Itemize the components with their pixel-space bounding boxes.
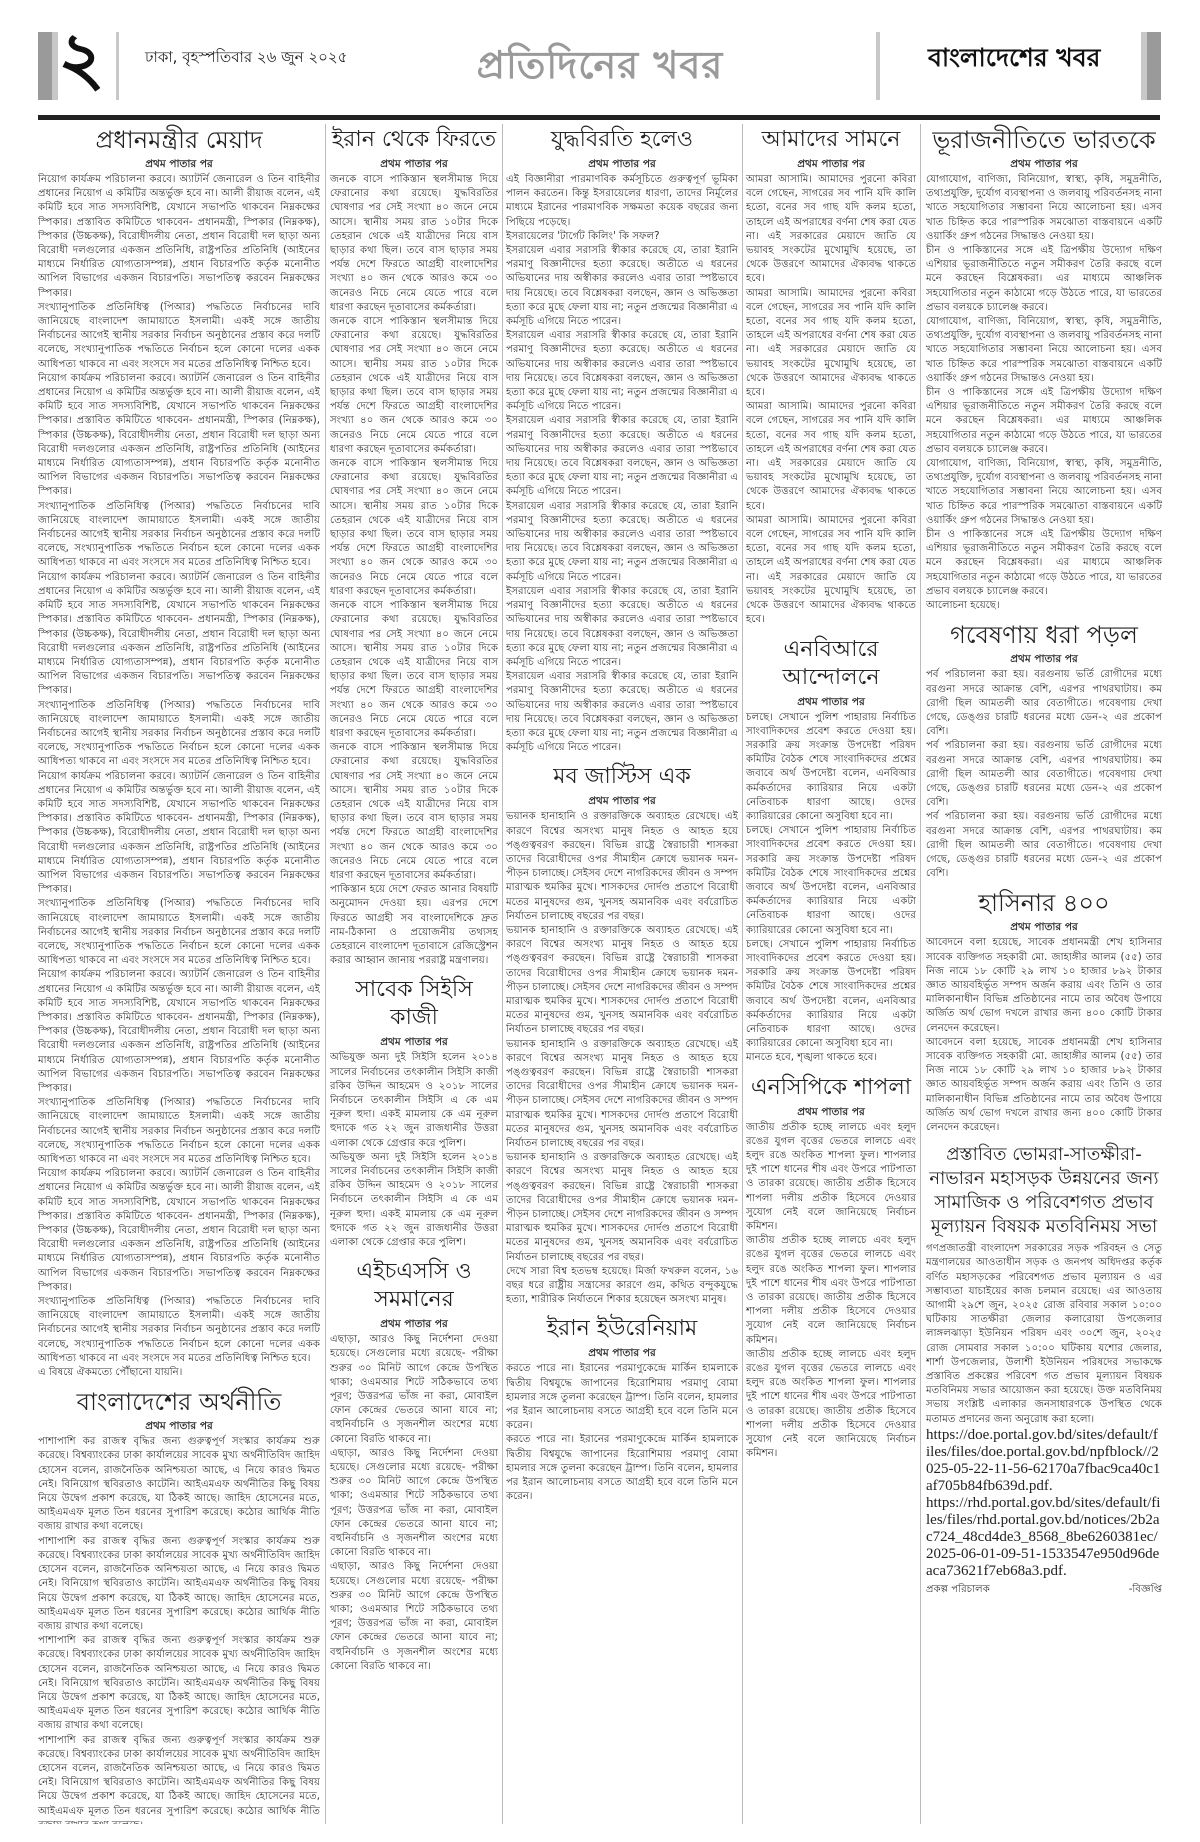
article-body: অভিযুক্ত অন্য দুই সিইসি হলেন ২০১৪ সালের … [330, 1051, 498, 1250]
masthead: ২ ঢাকা, বৃহস্পতিবার ২৬ জুন ২০২৫ প্রতিদিন… [0, 0, 1200, 100]
signoff-project-director: প্রকল্প পরিচালক [926, 1582, 990, 1599]
article-pm-tenure: প্রধানমন্ত্রীর মেয়াদ প্রথম পাতার পর নিয… [38, 126, 320, 1380]
headline: ইরান থেকে ফিরতে [330, 126, 498, 154]
article-hasina-400: হাসিনার ৪০০ প্রথম পাতার পর আবেদনে বলা হয… [926, 889, 1162, 1135]
paragraph: ইসরায়েল এবার সরাসরি স্বীকার করেছে যে, ত… [506, 329, 738, 414]
headline: সাবেক সিইসি কাজী [330, 976, 498, 1032]
notice-body: গণপ্রজাতন্ত্রী বাংলাদেশ সরকারের সড়ক পরি… [926, 1242, 1162, 1427]
paragraph: ইসরায়েল এবার সরাসরি স্বীকার করেছে যে, ত… [506, 585, 738, 670]
continued-label: প্রথম পাতার পর [746, 695, 916, 709]
paragraph: করতে পারে না। ইরানের পরমাণুকেন্দ্রে মার্… [506, 1433, 738, 1504]
paragraph: জাতীয় প্রতীক হচ্ছে লালচে এবং হলুদ রঙের … [746, 1348, 916, 1462]
continued-label: প্রথম পাতার পর [746, 1105, 916, 1119]
continued-label: প্রথম পাতার পর [506, 794, 738, 808]
paragraph: চীন ও পাকিস্তানের সঙ্গে এই ত্রিপক্ষীয় উ… [926, 528, 1162, 599]
paragraph: চীন ও পাকিস্তানের সঙ্গে এই ত্রিপক্ষীয় উ… [926, 244, 1162, 315]
article-research-caught: গবেষণায় ধরা পড়ল প্রথম পাতার পর পর্ব পর… [926, 621, 1162, 881]
paragraph: জাতীয় প্রতীক হচ্ছে লালচে এবং হলুদ রঙের … [746, 1234, 916, 1348]
continued-label: প্রথম পাতার পর [926, 920, 1162, 934]
header-rule [38, 115, 1160, 120]
continued-label: প্রথম পাতার পর [38, 157, 320, 171]
paragraph: সংখ্যানুপাতিক প্রতিনিধিত্ব (পিআর) পদ্ধতি… [38, 301, 320, 372]
column-1: প্রধানমন্ত্রীর মেয়াদ প্রথম পাতার পর নিয… [38, 124, 320, 1824]
paragraph: এছাড়া, আরও কিছু নির্দেশনা দেওয়া হয়েছে… [330, 1333, 498, 1447]
article-mob-justice: মব জাস্টিস এক প্রথম পাতার পর ভয়ানক হানা… [506, 763, 738, 1307]
article-body: জাতীয় প্রতীক হচ্ছে লালচে এবং হলুদ রঙের … [746, 1121, 916, 1462]
newspaper-logo: প্রতিদিনের খবর [450, 36, 750, 100]
paragraph: জনকে বাসে পাকিস্তান স্থলসীমান্ত দিয়ে ফে… [330, 741, 498, 883]
headline: মব জাস্টিস এক [506, 763, 738, 791]
right-accent-bar-light [1141, 32, 1147, 100]
paragraph: অভিযুক্ত অন্য দুই সিইসি হলেন ২০১৪ সালের … [330, 1051, 498, 1150]
article-hsc-exams: এইচএসসি ও সমমানের প্রথম পাতার পর এছাড়া,… [330, 1258, 498, 1674]
column-divider [502, 124, 503, 1824]
section-divider [876, 32, 880, 100]
headline: প্রধানমন্ত্রীর মেয়াদ [38, 126, 320, 154]
column-4: আমাদের সামনে প্রথম পাতার পর আমরা আসামি। … [746, 124, 916, 1824]
notice-link[interactable]: https://doe.portal.gov.bd/sites/default/… [926, 1427, 1162, 1495]
article-nbr-movement: এনবিআরে আন্দোলনে প্রথম পাতার পর চলছে। সে… [746, 636, 916, 1066]
paragraph: আমরা আসামি। আমাদের পুরনো কবিরা বলে গেছেন… [746, 173, 916, 287]
headline: এনসিপিকে শাপলা [746, 1074, 916, 1102]
paragraph: নিয়োগ কার্যক্রম পরিচালনা করবে। অ্যাটর্ন… [38, 968, 320, 1096]
paragraph: জনকে বাসে পাকিস্তান স্থলসীমান্ত দিয়ে ফে… [330, 315, 498, 457]
article-body: চলছে। সেখানে পুলিশ পাহারায় নির্বাচিত সা… [746, 711, 916, 1066]
paragraph: এছাড়া, আরও কিছু নির্দেশনা দেওয়া হয়েছে… [330, 1560, 498, 1674]
paragraph: চলছে। সেখানে পুলিশ পাহারায় নির্বাচিত সা… [746, 824, 916, 938]
article-body: আমরা আসামি। আমাদের পুরনো কবিরা বলে গেছেন… [746, 173, 916, 628]
page-number: ২ [58, 20, 105, 96]
paragraph: এ বিষয়ে ঐকমত্যে পৌঁছানো যায়নি। [38, 1366, 320, 1380]
paragraph: জনকে বাসে পাকিস্তান স্থলসীমান্ত দিয়ে ফে… [330, 457, 498, 599]
paragraph: ইসরায়েলের 'টার্গেট কিলিং' কি সফল? [506, 230, 738, 244]
paragraph: ভয়ানক হানাহানি ও রক্তারক্তিকে অব্যাহত র… [506, 810, 738, 924]
article-body: পর্ব পরিচালনা করা হয়। বরগুনায় ভর্তি রো… [926, 668, 1162, 881]
continued-label: প্রথম পাতার পর [746, 157, 916, 171]
paragraph: চলছে। সেখানে পুলিশ পাহারায় নির্বাচিত সা… [746, 711, 916, 825]
paragraph: এই বিজ্ঞানীরা পারমাণবিক কর্মসূচিতে গুরুত… [506, 173, 738, 230]
article-bangladesh-economy: বাংলাদেশের অর্থনীতি প্রথম পাতার পর পাশাপ… [38, 1388, 320, 1824]
headline: প্রস্তাবিত ভোমরা-সাতক্ষীরা-নাভারন মহাসড়… [926, 1143, 1162, 1239]
dateline: ঢাকা, বৃহস্পতিবার ২৬ জুন ২০২৫ [145, 46, 347, 71]
paragraph: নিয়োগ কার্যক্রম পরিচালনা করবে। অ্যাটর্ন… [38, 1167, 320, 1295]
paragraph: আমরা আসামি। আমাদের পুরনো কবিরা বলে গেছেন… [746, 287, 916, 401]
paragraph: পর্ব পরিচালনা করা হয়। বরগুনায় ভর্তি রো… [926, 810, 1162, 881]
section-title: বাংলাদেশের খবর [928, 38, 1100, 81]
signoff-notice: -বিজ্ঞপ্তি [1129, 1582, 1162, 1599]
paragraph: ইসরায়েল এবার সরাসরি স্বীকার করেছে যে, ত… [506, 414, 738, 499]
continued-label: প্রথম পাতার পর [330, 1035, 498, 1049]
paragraph: পাশাপাশি কর রাজস্ব বৃদ্ধির জন্য গুরুত্বপ… [38, 1634, 320, 1733]
column-5: ভূরাজনীতিতে ভারতকে প্রথম পাতার পর যোগাযো… [926, 124, 1162, 1824]
article-ceasefire: যুদ্ধবিরতি হলেও প্রথম পাতার পর এই বিজ্ঞা… [506, 126, 738, 755]
paragraph: এছাড়া, আরও কিছু নির্দেশনা দেওয়া হয়েছে… [330, 1447, 498, 1561]
right-accent-bar [1147, 32, 1161, 100]
headline: গবেষণায় ধরা পড়ল [926, 621, 1162, 649]
paragraph: পাকিস্তান হয়ে দেশে ফেরত আনার বিষয়টি অন… [330, 883, 498, 968]
continued-label: প্রথম পাতার পর [330, 1317, 498, 1331]
article-ncp-shapla: এনসিপিকে শাপলা প্রথম পাতার পর জাতীয় প্র… [746, 1074, 916, 1462]
article-body: জনকে বাসে পাকিস্তান স্থলসীমান্ত দিয়ে ফে… [330, 173, 498, 968]
article-body: যোগাযোগ, বাণিজ্য, বিনিয়োগ, স্বাস্থ্য, ক… [926, 173, 1162, 613]
paragraph: দেখে সারা বিশ্ব হতভম্ব হয়েছে। মির্জা ফখ… [506, 1265, 738, 1308]
paragraph: ইসরায়েল এবার সরাসরি স্বীকার করেছে যে, ত… [506, 244, 738, 329]
article-body: ভয়ানক হানাহানি ও রক্তারক্তিকে অব্যাহত র… [506, 810, 738, 1307]
paragraph: মানতে হবে, শৃঙ্খলা থাকতে হবে। [746, 1051, 916, 1065]
paragraph: আমরা আসামি। আমাদের পুরনো কবিরা বলে গেছেন… [746, 514, 916, 628]
paragraph: জনকে বাসে পাকিস্তান স্থলসীমান্ত দিয়ে ফে… [330, 173, 498, 315]
paragraph: চলছে। সেখানে পুলিশ পাহারায় নির্বাচিত সা… [746, 938, 916, 1052]
notice-signoff: প্রকল্প পরিচালক -বিজ্ঞপ্তি [926, 1582, 1162, 1599]
paragraph: সংখ্যানুপাতিক প্রতিনিধিত্ব (পিআর) পদ্ধতি… [38, 699, 320, 770]
paragraph: ইসরায়েল এবার সরাসরি স্বীকার করেছে যে, ত… [506, 670, 738, 755]
article-body: এছাড়া, আরও কিছু নির্দেশনা দেওয়া হয়েছে… [330, 1333, 498, 1674]
paragraph: নিয়োগ কার্যক্রম পরিচালনা করবে। অ্যাটর্ন… [38, 173, 320, 301]
paragraph: জনকে বাসে পাকিস্তান স্থলসীমান্ত দিয়ে ফে… [330, 599, 498, 741]
paragraph: ভয়ানক হানাহানি ও রক্তারক্তিকে অব্যাহত র… [506, 1038, 738, 1152]
paragraph: সংখ্যানুপাতিক প্রতিনিধিত্ব (পিআর) পদ্ধতি… [38, 1096, 320, 1167]
paragraph: নিয়োগ কার্যক্রম পরিচালনা করবে। অ্যাটর্ন… [38, 770, 320, 898]
paragraph: ভয়ানক হানাহানি ও রক্তারক্তিকে অব্যাহত র… [506, 1151, 738, 1265]
paragraph: যোগাযোগ, বাণিজ্য, বিনিয়োগ, স্বাস্থ্য, ক… [926, 457, 1162, 528]
paragraph: আলোচনা হয়েছে। [926, 599, 1162, 613]
paragraph: সংখ্যানুপাতিক প্রতিনিধিত্ব (পিআর) পদ্ধতি… [38, 897, 320, 968]
paragraph: পর্ব পরিচালনা করা হয়। বরগুনায় ভর্তি রো… [926, 739, 1162, 810]
paragraph: নিয়োগ কার্যক্রম পরিচালনা করবে। অ্যাটর্ন… [38, 571, 320, 699]
article-former-cec-kazi: সাবেক সিইসি কাজী প্রথম পাতার পর অভিযুক্ত… [330, 976, 498, 1250]
notice-link[interactable]: https://rhd.portal.gov.bd/sites/default/… [926, 1495, 1162, 1580]
article-body: নিয়োগ কার্যক্রম পরিচালনা করবে। অ্যাটর্ন… [38, 173, 320, 1380]
headline: এনবিআরে আন্দোলনে [746, 636, 916, 692]
paragraph: আমরা আসামি। আমাদের পুরনো কবিরা বলে গেছেন… [746, 400, 916, 514]
article-return-from-iran: ইরান থেকে ফিরতে প্রথম পাতার পর জনকে বাসে… [330, 126, 498, 968]
column-divider [742, 124, 743, 1824]
continued-label: প্রথম পাতার পর [926, 157, 1162, 171]
headline: এইচএসসি ও সমমানের [330, 1258, 498, 1314]
column-3: যুদ্ধবিরতি হলেও প্রথম পাতার পর এই বিজ্ঞা… [506, 124, 738, 1824]
continued-label: প্রথম পাতার পর [330, 157, 498, 171]
masthead-divider [116, 32, 119, 100]
paragraph: নিয়োগ কার্যক্রম পরিচালনা করবে। অ্যাটর্ন… [38, 372, 320, 500]
continued-label: প্রথম পাতার পর [38, 1419, 320, 1433]
article-body: পাশাপাশি কর রাজস্ব বৃদ্ধির জন্য গুরুত্বপ… [38, 1435, 320, 1824]
paragraph: পাশাপাশি কর রাজস্ব বৃদ্ধির জন্য গুরুত্বপ… [38, 1435, 320, 1534]
article-geopolitics-india: ভূরাজনীতিতে ভারতকে প্রথম পাতার পর যোগাযো… [926, 126, 1162, 613]
paragraph: জাতীয় প্রতীক হচ্ছে লালচে এবং হলুদ রঙের … [746, 1121, 916, 1235]
headline: হাসিনার ৪০০ [926, 889, 1162, 917]
notice-public-consultation: প্রস্তাবিত ভোমরা-সাতক্ষীরা-নাভারন মহাসড়… [926, 1143, 1162, 1599]
headline: আমাদের সামনে [746, 126, 916, 154]
continued-label: প্রথম পাতার পর [926, 652, 1162, 666]
continued-label: প্রথম পাতার পর [506, 157, 738, 171]
column-divider [920, 124, 921, 1824]
paragraph: পাশাপাশি কর রাজস্ব বৃদ্ধির জন্য গুরুত্বপ… [38, 1734, 320, 1824]
headline: যুদ্ধবিরতি হলেও [506, 126, 738, 154]
column-2: ইরান থেকে ফিরতে প্রথম পাতার পর জনকে বাসে… [330, 124, 498, 1824]
paragraph: ভয়ানক হানাহানি ও রক্তারক্তিকে অব্যাহত র… [506, 924, 738, 1038]
paragraph: আবেদনে বলা হয়েছে, সাবেক প্রধানমন্ত্রী শ… [926, 1036, 1162, 1135]
paragraph: অভিযুক্ত অন্য দুই সিইসি হলেন ২০১৪ সালের … [330, 1151, 498, 1250]
article-body: এই বিজ্ঞানীরা পারমাণবিক কর্মসূচিতে গুরুত… [506, 173, 738, 755]
article-body: করতে পারে না। ইরানের পরমাণুকেন্দ্রে মার্… [506, 1362, 738, 1504]
paragraph: আবেদনে বলা হয়েছে, সাবেক প্রধানমন্ত্রী শ… [926, 936, 1162, 1035]
paragraph: ইসরায়েল এবার সরাসরি স্বীকার করেছে যে, ত… [506, 500, 738, 585]
paragraph: পাশাপাশি কর রাজস্ব বৃদ্ধির জন্য গুরুত্বপ… [38, 1535, 320, 1634]
headline: ভূরাজনীতিতে ভারতকে [926, 126, 1162, 154]
paragraph: যোগাযোগ, বাণিজ্য, বিনিয়োগ, স্বাস্থ্য, ক… [926, 173, 1162, 244]
paragraph: পর্ব পরিচালনা করা হয়। বরগুনায় ভর্তি রো… [926, 668, 1162, 739]
paragraph: সংখ্যানুপাতিক প্রতিনিধিত্ব (পিআর) পদ্ধতি… [38, 500, 320, 571]
paragraph: চীন ও পাকিস্তানের সঙ্গে এই ত্রিপক্ষীয় উ… [926, 386, 1162, 457]
paragraph: সংখ্যানুপাতিক প্রতিনিধিত্ব (পিআর) পদ্ধতি… [38, 1295, 320, 1366]
paragraph: যোগাযোগ, বাণিজ্য, বিনিয়োগ, স্বাস্থ্য, ক… [926, 315, 1162, 386]
article-body: আবেদনে বলা হয়েছে, সাবেক প্রধানমন্ত্রী শ… [926, 936, 1162, 1135]
paragraph: গণপ্রজাতন্ত্রী বাংলাদেশ সরকারের সড়ক পরি… [926, 1242, 1162, 1427]
paragraph: করতে পারে না। ইরানের পরমাণুকেন্দ্রে মার্… [506, 1362, 738, 1433]
article-iran-uranium: ইরান ইউরেনিয়াম প্রথম পাতার পর করতে পারে… [506, 1315, 738, 1504]
article-before-us: আমাদের সামনে প্রথম পাতার পর আমরা আসামি। … [746, 126, 916, 628]
left-accent-bar [38, 32, 52, 100]
continued-label: প্রথম পাতার পর [506, 1346, 738, 1360]
column-divider [325, 124, 326, 1824]
headline: বাংলাদেশের অর্থনীতি [38, 1388, 320, 1416]
headline: ইরান ইউরেনিয়াম [506, 1315, 738, 1343]
